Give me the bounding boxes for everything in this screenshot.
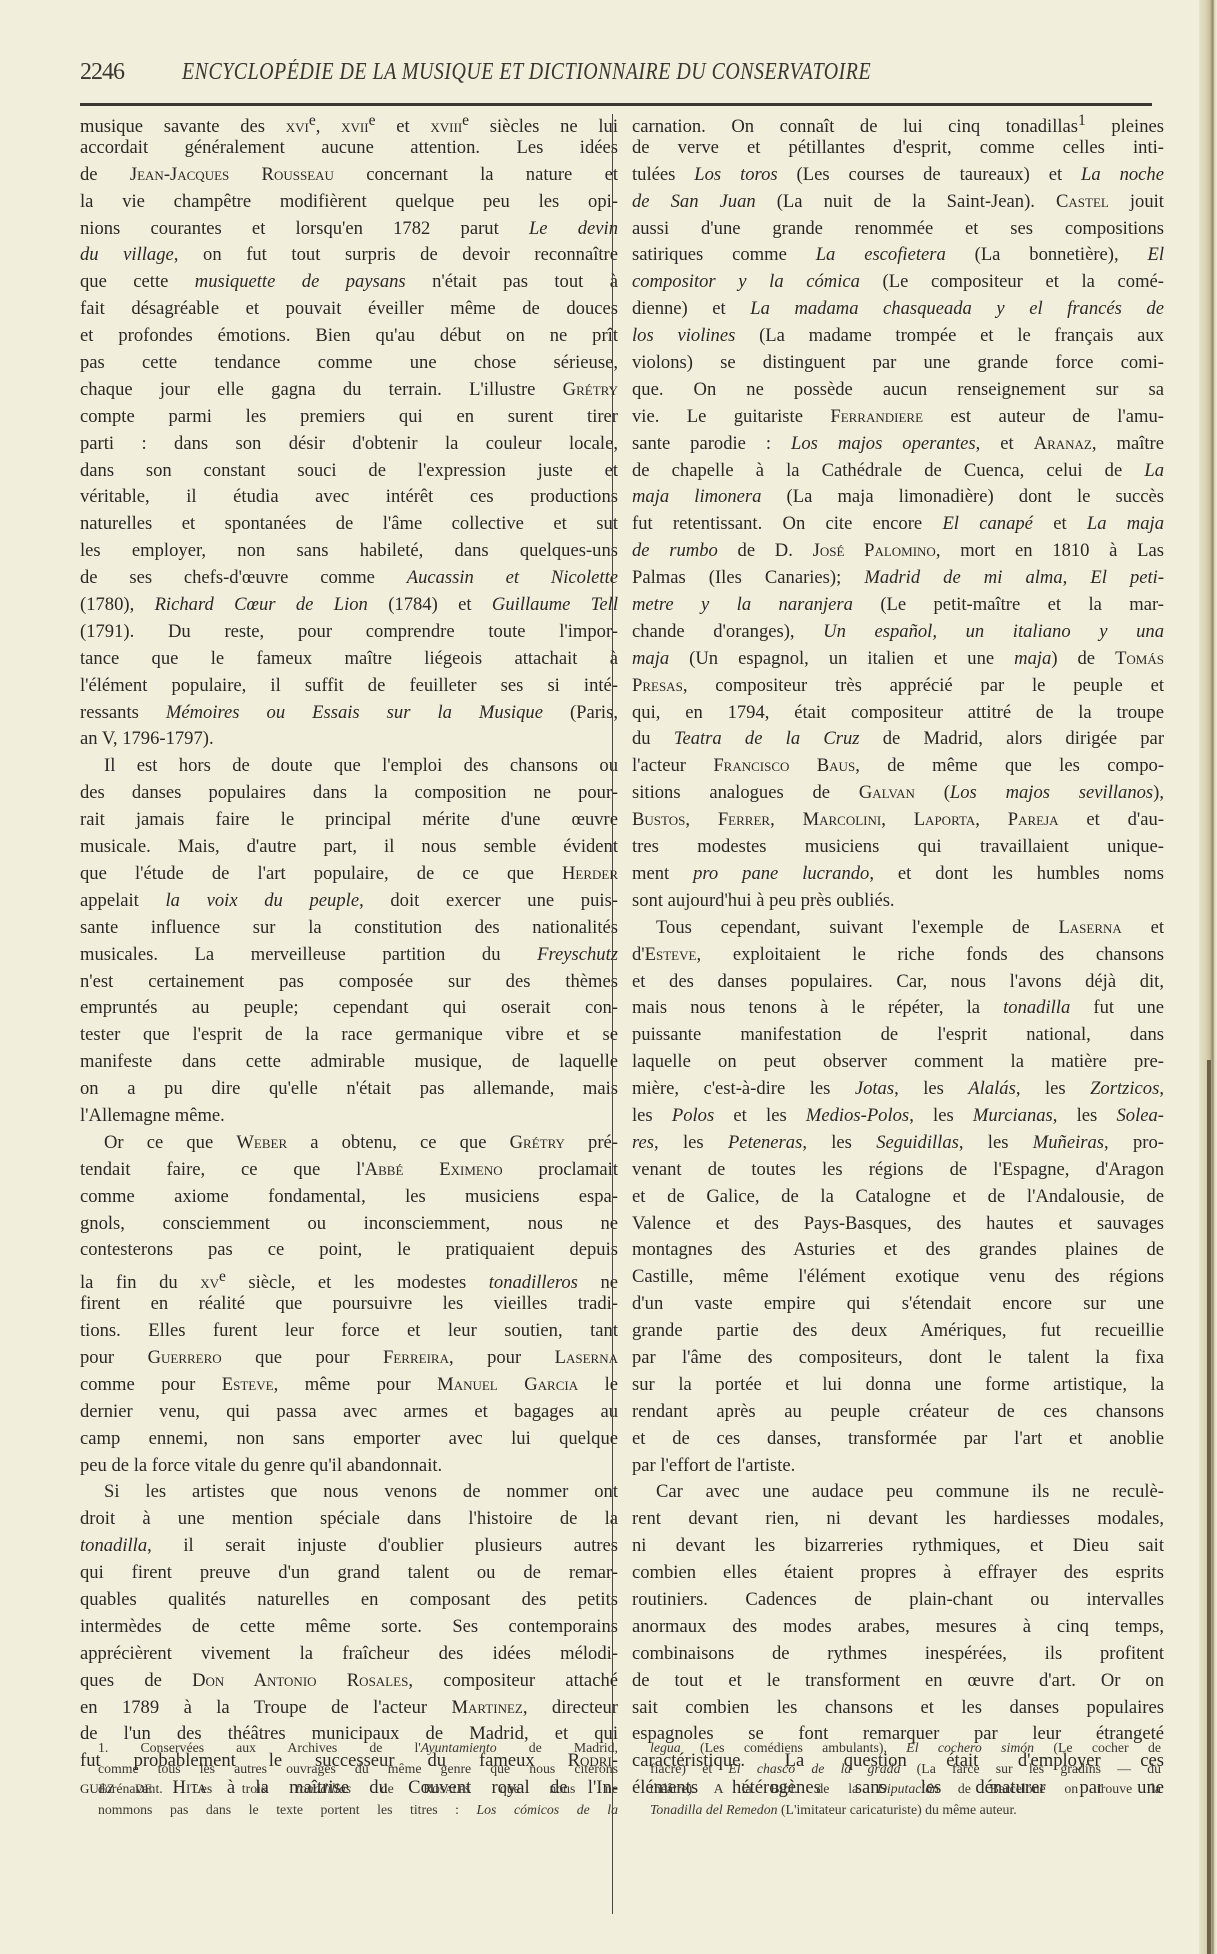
text-line: de San Juan (La nuit de la Saint-Jean). … xyxy=(632,189,1164,216)
text-line: que l'étude de l'art populaire, de ce qu… xyxy=(80,861,618,888)
text-line: sont aujourd'hui à peu près oubliés. xyxy=(632,888,1164,915)
text-line: de rumbo de D. José Palomino, mort en 18… xyxy=(632,538,1164,565)
text-line: res, les Peteneras, les Seguidillas, les… xyxy=(632,1130,1164,1157)
text-line: mais nous tenons à le répéter, la tonadi… xyxy=(632,995,1164,1022)
text-line: dans son constant souci de l'expression … xyxy=(80,458,618,485)
text-line: (1780), Richard Cœur de Lion (1784) et G… xyxy=(80,592,618,619)
text-line: (1791). Du reste, pour comprendre toute … xyxy=(80,619,618,646)
text-line: tions. Elles furent leur force et leur s… xyxy=(80,1318,618,1345)
text-line: de ses chefs-d'œuvre comme Aucassin et N… xyxy=(80,565,618,592)
text-line: les Polos et les Medios-Polos, les Murci… xyxy=(632,1103,1164,1130)
text-line: Castille, même l'élément exotique venu d… xyxy=(632,1264,1164,1291)
text-line: on a pu dire qu'elle n'était pas alleman… xyxy=(80,1076,618,1103)
text-line: tendait faire, ce que l'Abbé Eximeno pro… xyxy=(80,1157,618,1184)
text-line: nions courantes et lorsqu'en 1782 parut … xyxy=(80,216,618,243)
text-line: apprécièrent vivement la fraîcheur des i… xyxy=(80,1641,618,1668)
text-line: de verve et pétillantes d'esprit, comme … xyxy=(632,135,1164,162)
text-line: Car avec une audace peu commune ils ne r… xyxy=(632,1479,1164,1506)
text-line: puissante manifestation de l'esprit nati… xyxy=(632,1022,1164,1049)
text-line: chande d'oranges), Un español, un italia… xyxy=(632,619,1164,646)
text-line: en 1789 à la Troupe de l'acteur Martinez… xyxy=(80,1695,618,1722)
text-line: comme tous les autres ouvrages du même g… xyxy=(98,1759,618,1780)
text-line: qui firent preuve d'un grand talent ou d… xyxy=(80,1560,618,1587)
text-line: fait désagréable et pouvait éveiller mêm… xyxy=(80,296,618,323)
text-line: la vie champêtre modifièrent quelque peu… xyxy=(80,189,618,216)
text-line: combinaisons de rythmes inespérées, ils … xyxy=(632,1641,1164,1668)
text-line: montagnes des Asturies et des grandes pl… xyxy=(632,1237,1164,1264)
text-line: rendant après au peuple créateur de ces … xyxy=(632,1399,1164,1426)
text-line: peu de la force vitale du genre qu'il ab… xyxy=(80,1453,618,1480)
text-line: fut retentissant. On cite encore El cana… xyxy=(632,511,1164,538)
text-line: sur la portée et lui donna une forme art… xyxy=(632,1372,1164,1399)
running-head: 2246 ENCYCLOPÉDIE DE LA MUSIQUE ET DICTI… xyxy=(80,55,1160,95)
text-line: accordait généralement aucune attention.… xyxy=(80,135,618,162)
text-line: sitions analogues de Galvan (Los majos s… xyxy=(632,780,1164,807)
text-line: fiacre) et El chasco de la grada (La far… xyxy=(650,1759,1161,1780)
text-line: la fin du xve siècle, et les modestes to… xyxy=(80,1264,618,1291)
text-line: et de Galice, de la Catalogne et de l'An… xyxy=(632,1184,1164,1211)
text-line: Or ce que Weber a obtenu, ce que Grétry … xyxy=(80,1130,618,1157)
text-line: violons) se distinguent par une grande f… xyxy=(632,350,1164,377)
text-line: dienne) et La madama chasqueada y el fra… xyxy=(632,296,1164,323)
text-line: aussi d'une grande renommée et ses compo… xyxy=(632,216,1164,243)
text-line: sait combien les chansons et les danses … xyxy=(632,1695,1164,1722)
text-line: rent devant rien, ni devant les hardiess… xyxy=(632,1506,1164,1533)
right-column: carnation. On connaît de lui cinq tonadi… xyxy=(632,108,1164,1802)
text-line: parti : dans son désir d'obtenir la coul… xyxy=(80,431,618,458)
text-line: 1. Conservées aux Archives de l'Ayuntami… xyxy=(98,1738,618,1759)
text-line: d'un vaste empire qui s'étendait encore … xyxy=(632,1291,1164,1318)
text-line: véritable, il étudia avec intérêt ces pr… xyxy=(80,484,618,511)
text-line: ment pro pane lucrando, et dont les humb… xyxy=(632,861,1164,888)
text-line: théâtre). A la Bibl. de la Diputación de… xyxy=(650,1779,1161,1800)
text-line: firent en réalité que poursuivre les vie… xyxy=(80,1291,618,1318)
text-line: comme axiome fondamental, les musiciens … xyxy=(80,1184,618,1211)
footnote-left: 1. Conservées aux Archives de l'Ayuntami… xyxy=(98,1738,618,1820)
text-line: musicale. Mais, d'autre part, il nous se… xyxy=(80,834,618,861)
text-line: chaque jour elle gagna du terrain. L'ill… xyxy=(80,377,618,404)
text-line: satiriques comme La escofietera (La bonn… xyxy=(632,242,1164,269)
text-line: naturelles et spontanées de l'âme collec… xyxy=(80,511,618,538)
text-line: gnols, consciemment ou inconsciemment, n… xyxy=(80,1211,618,1238)
text-line: an V, 1796-1797). xyxy=(80,726,618,753)
text-line: sante parodie : Los majos operantes, et … xyxy=(632,431,1164,458)
text-line: dorénavant. Les trois tonadillas de Rosa… xyxy=(98,1779,618,1800)
text-line: intermèdes de cette même sorte. Ses cont… xyxy=(80,1614,618,1641)
text-line: tester que l'esprit de la race germaniqu… xyxy=(80,1022,618,1049)
text-line: et des danses populaires. Car, nous l'av… xyxy=(632,969,1164,996)
text-line: rait jamais faire le principal mérite d'… xyxy=(80,807,618,834)
text-line: que cette musiquette de paysans n'était … xyxy=(80,269,618,296)
text-line: de chapelle à la Cathédrale de Cuenca, c… xyxy=(632,458,1164,485)
text-line: du village, on fut tout surpris de devoi… xyxy=(80,242,618,269)
text-line: l'Allemagne même. xyxy=(80,1103,618,1130)
page-binding-edge xyxy=(1199,0,1217,1954)
text-line: Tous cependant, suivant l'exemple de Las… xyxy=(632,915,1164,942)
text-line: nommons pas dans le texte portent les ti… xyxy=(98,1800,618,1821)
text-line: Il est hors de doute que l'emploi des ch… xyxy=(80,753,618,780)
text-line: n'est certainement pas composée sur des … xyxy=(80,969,618,996)
text-line: manifeste dans cette admirable musique, … xyxy=(80,1049,618,1076)
text-line: maja limonera (La maja limonadière) dont… xyxy=(632,484,1164,511)
text-line: vie. Le guitariste Ferrandiere est auteu… xyxy=(632,404,1164,431)
text-line: que. On ne possède aucun renseignement s… xyxy=(632,377,1164,404)
text-line: maja (Un espagnol, un italien et une maj… xyxy=(632,646,1164,673)
left-column: musique savante des xvie, xviie et xviii… xyxy=(80,108,618,1802)
text-line: l'élément populaire, il suffit de feuill… xyxy=(80,673,618,700)
text-line: musicales. La merveilleuse partition du … xyxy=(80,942,618,969)
text-line: qui, en 1794, était compositeur attitré … xyxy=(632,700,1164,727)
text-line: laquelle on peut observer comment la mat… xyxy=(632,1049,1164,1076)
text-line: musique savante des xvie, xviie et xviii… xyxy=(80,108,618,135)
text-line: Valence et des Pays-Basques, des hautes … xyxy=(632,1211,1164,1238)
text-line: et profondes émotions. Bien qu'au début … xyxy=(80,323,618,350)
text-line: venant de toutes les régions de l'Espagn… xyxy=(632,1157,1164,1184)
text-line: de Jean-Jacques Rousseau concernant la n… xyxy=(80,162,618,189)
header-rule xyxy=(80,103,1152,106)
text-line: combien elles étaient propres à effrayer… xyxy=(632,1560,1164,1587)
text-line: d'Esteve, exploitaient le riche fonds de… xyxy=(632,942,1164,969)
text-line: pas cette tendance comme une chose série… xyxy=(80,350,618,377)
text-line: par l'âme des compositeurs, dont le tale… xyxy=(632,1345,1164,1372)
text-line: tance que le fameux maître liégeois atta… xyxy=(80,646,618,673)
text-line: carnation. On connaît de lui cinq tonadi… xyxy=(632,108,1164,135)
text-line: appelait la voix du peuple, doit exercer… xyxy=(80,888,618,915)
text-line: ques de Don Antonio Rosales, compositeur… xyxy=(80,1668,618,1695)
text-line: compte parmi les premiers qui en surent … xyxy=(80,404,618,431)
text-line: et de ces danses, transformée par l'art … xyxy=(632,1426,1164,1453)
text-line: quables qualités naturelles en composant… xyxy=(80,1587,618,1614)
text-line: par l'effort de l'artiste. xyxy=(632,1453,1164,1480)
text-line: l'acteur Francisco Baus, de même que les… xyxy=(632,753,1164,780)
column-divider xyxy=(612,114,613,1914)
text-line: metre y la naranjera (Le petit-maître et… xyxy=(632,592,1164,619)
text-line: des danses populaires dans la compositio… xyxy=(80,780,618,807)
text-line: legua (Les comédiens ambulants), El coch… xyxy=(650,1738,1161,1759)
text-line: los violines (La madame trompée et le fr… xyxy=(632,323,1164,350)
page-number: 2246 xyxy=(80,59,124,86)
text-line: anormaux des modes arabes, mesures à cin… xyxy=(632,1614,1164,1641)
text-line: de tout et le transforment en œuvre d'ar… xyxy=(632,1668,1164,1695)
text-line: Palmas (Iles Canaries); Madrid de mi alm… xyxy=(632,565,1164,592)
running-title: ENCYCLOPÉDIE DE LA MUSIQUE ET DICTIONNAI… xyxy=(182,59,871,86)
text-line: empruntés au peuple; cependant qui osera… xyxy=(80,995,618,1022)
text-line: sante influence sur la constitution des … xyxy=(80,915,618,942)
text-line: grande partie des deux Amériques, fut re… xyxy=(632,1318,1164,1345)
text-line: Bustos, Ferrer, Marcolini, Laporta, Pare… xyxy=(632,807,1164,834)
text-line: Si les artistes que nous venons de nomme… xyxy=(80,1479,618,1506)
text-line: routiniers. Cadences de plain-chant ou i… xyxy=(632,1587,1164,1614)
text-line: tres modestes musiciens qui travaillaien… xyxy=(632,834,1164,861)
text-line: comme pour Esteve, même pour Manuel Garc… xyxy=(80,1372,618,1399)
text-line: Presas, compositeur très apprécié par le… xyxy=(632,673,1164,700)
text-line: contesterons pas ce point, le pratiquaie… xyxy=(80,1237,618,1264)
text-line: droit à une mention spéciale dans l'hist… xyxy=(80,1506,618,1533)
text-line: ressants Mémoires ou Essais sur la Musiq… xyxy=(80,700,618,727)
text-line: Tonadilla del Remedon (L'imitateur caric… xyxy=(650,1800,1161,1821)
text-line: tulées Los toros (Les courses de taureau… xyxy=(632,162,1164,189)
text-line: du Teatra de la Cruz de Madrid, alors di… xyxy=(632,726,1164,753)
text-line: les employer, non sans habileté, dans qu… xyxy=(80,538,618,565)
text-line: tonadilla, il serait injuste d'oublier p… xyxy=(80,1533,618,1560)
text-line: dernier venu, qui passa avec armes et ba… xyxy=(80,1399,618,1426)
text-line: pour Guerrero que pour Ferreira, pour La… xyxy=(80,1345,618,1372)
text-line: camp ennemi, non sans emporter avec lui … xyxy=(80,1426,618,1453)
text-line: mière, c'est-à-dire les Jotas, les Alalá… xyxy=(632,1076,1164,1103)
text-line: ni devant les bizarreries rythmiques, et… xyxy=(632,1533,1164,1560)
footnote-right: legua (Les comédiens ambulants), El coch… xyxy=(650,1738,1161,1820)
text-line: compositor y la cómica (Le compositeur e… xyxy=(632,269,1164,296)
